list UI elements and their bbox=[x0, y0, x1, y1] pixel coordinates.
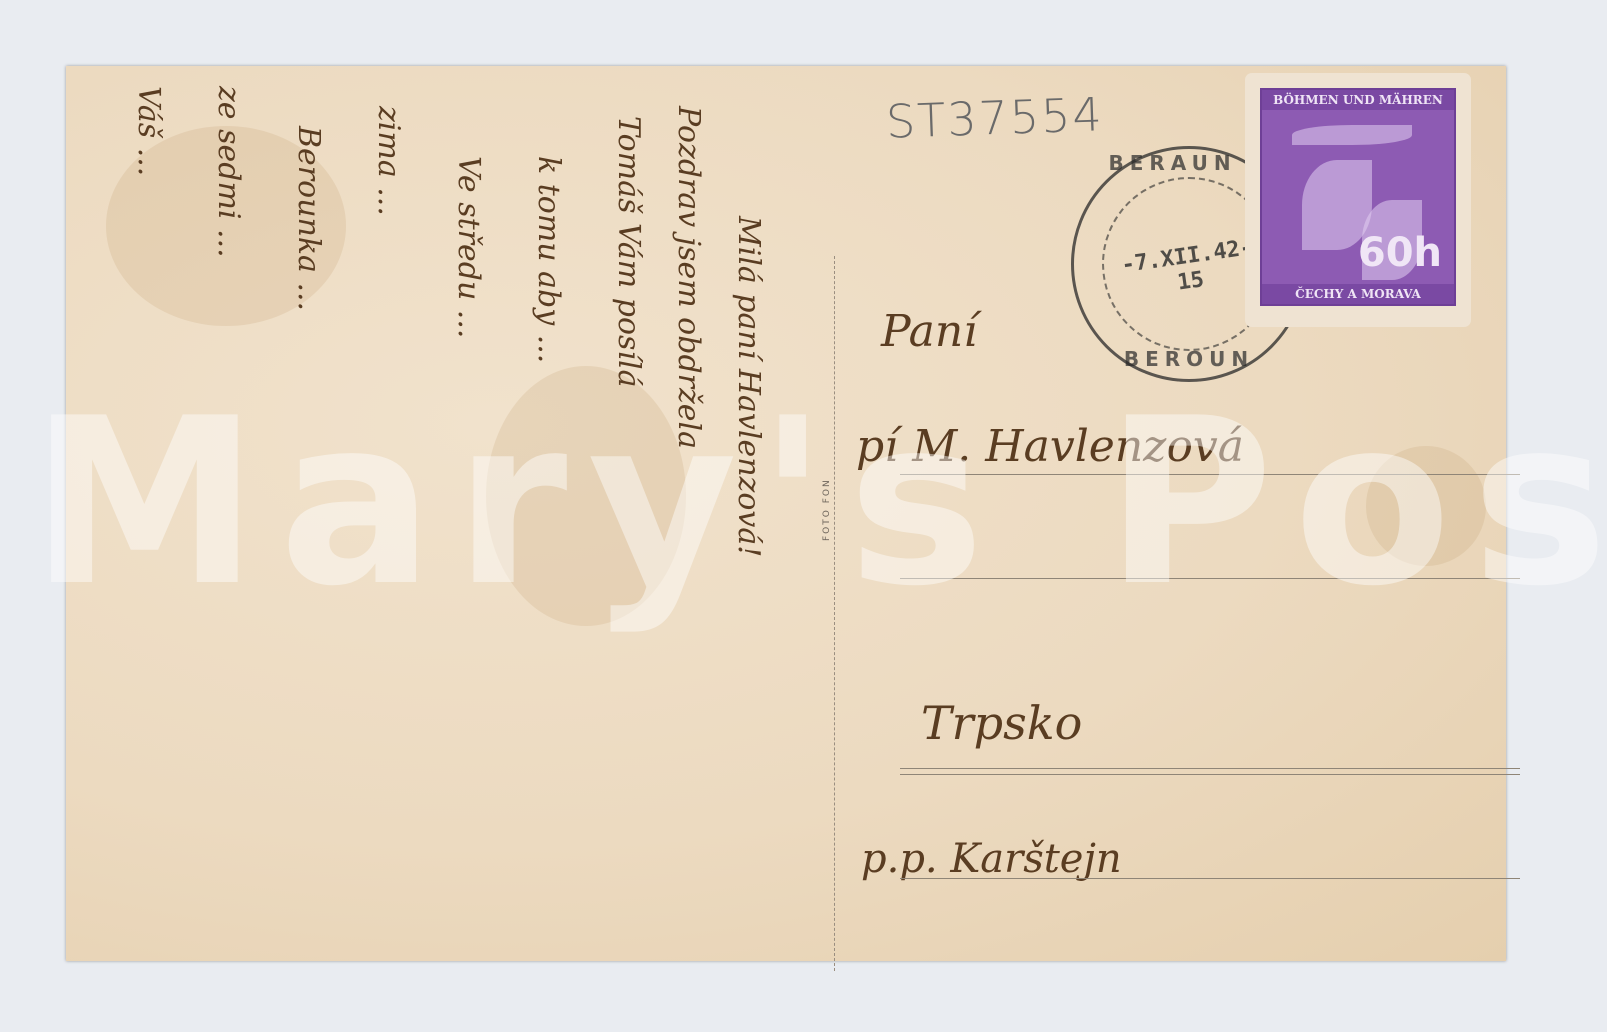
message-line: Váš ... bbox=[131, 86, 166, 176]
message-line: k tomu aby ... bbox=[531, 156, 566, 363]
linden-bract-icon bbox=[1292, 125, 1412, 145]
message-line: ze sedmi ... bbox=[211, 86, 246, 258]
message-line: Berounka ... bbox=[291, 126, 326, 311]
inventory-code: ST37554 bbox=[885, 87, 1104, 149]
address-line bbox=[900, 774, 1520, 775]
address-post-office: p.p. Karštejn bbox=[861, 836, 1122, 882]
stamp-top-text: BÖHMEN UND MÄHREN bbox=[1262, 90, 1454, 110]
address-salutation: Paní bbox=[881, 306, 977, 357]
postmark-town-czech: BEROUN bbox=[1074, 347, 1304, 371]
message-line: zima ... bbox=[371, 106, 406, 216]
stamp-face: BÖHMEN UND MÄHREN 60h ČECHY A MORAVA bbox=[1260, 88, 1456, 306]
address-line bbox=[900, 878, 1520, 879]
stamp-value: 60h bbox=[1358, 230, 1442, 276]
address-town: Trpsko bbox=[921, 696, 1082, 750]
stamp-bottom-text: ČECHY A MORAVA bbox=[1262, 284, 1454, 304]
address-line bbox=[900, 768, 1520, 769]
message-line: Ve středu ... bbox=[451, 156, 486, 338]
message-line: Tomáš Vám posílá bbox=[611, 116, 646, 388]
watermark: Mary's Postcards bbox=[30, 370, 1607, 637]
postage-stamp: BÖHMEN UND MÄHREN 60h ČECHY A MORAVA bbox=[1248, 76, 1468, 324]
